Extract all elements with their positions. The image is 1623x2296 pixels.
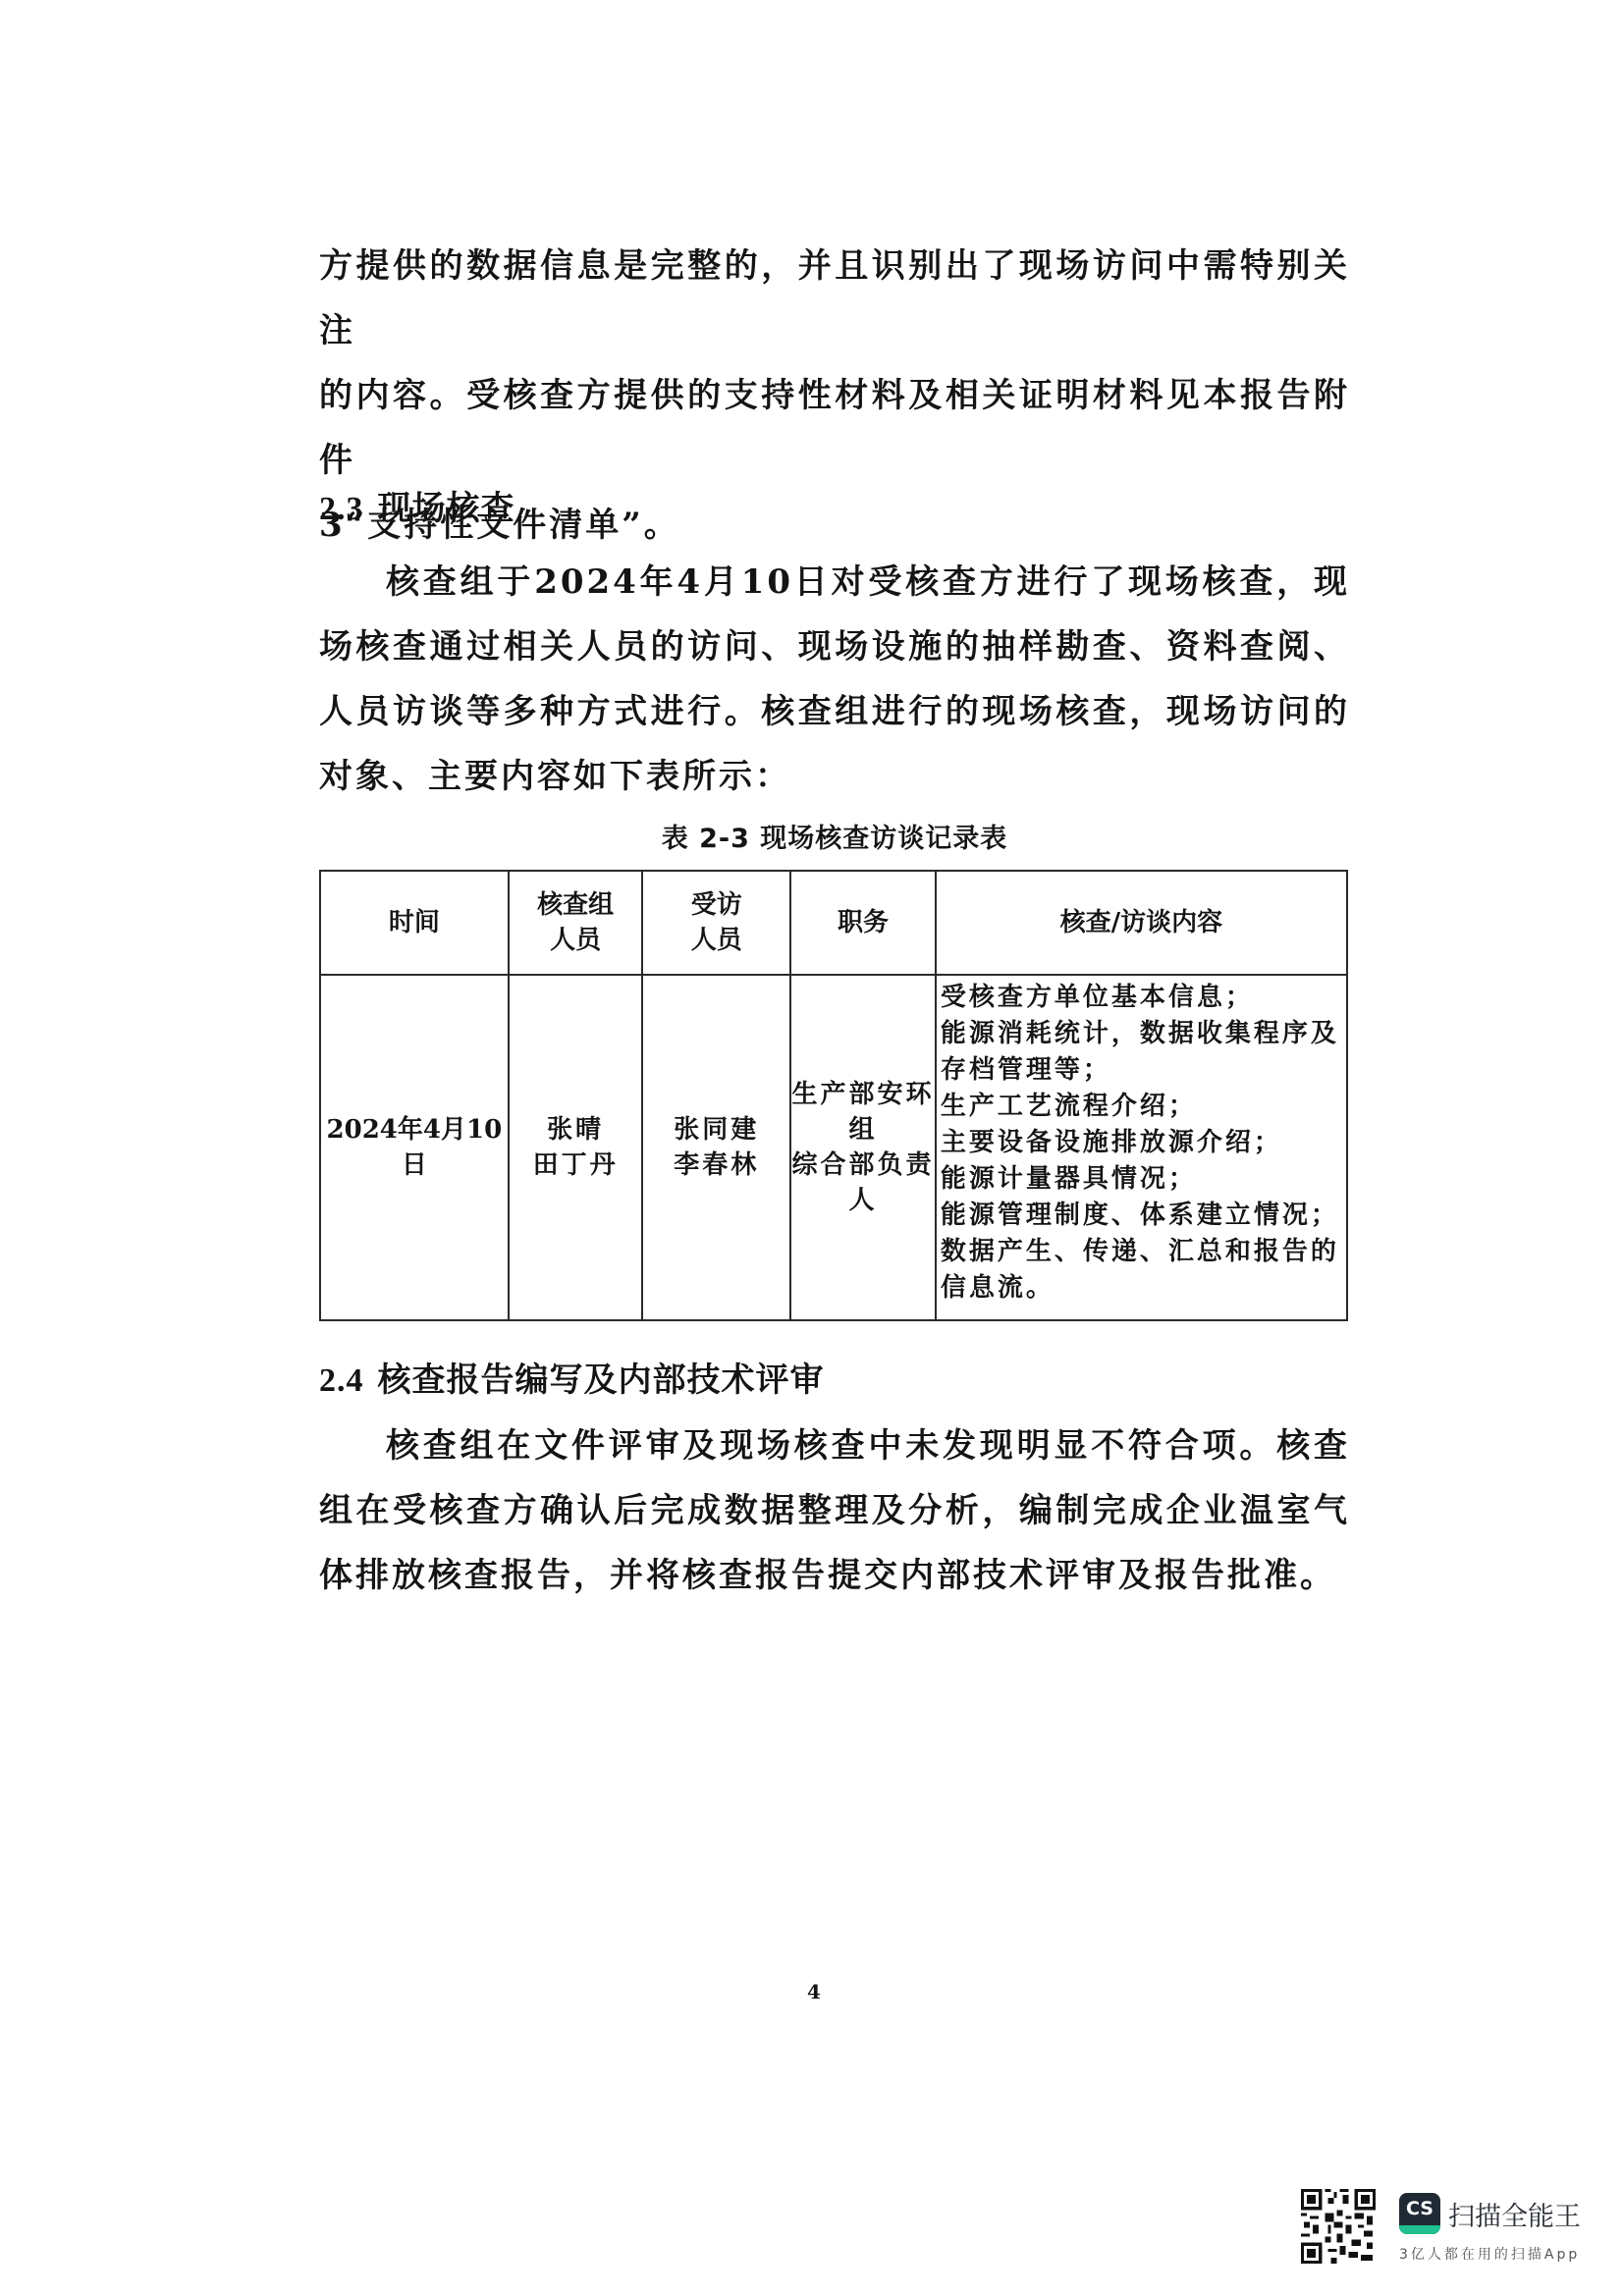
table-caption: 表 2-3 现场核查访谈记录表: [319, 817, 1350, 855]
content-item: 能源计量器具情况；: [941, 1161, 1342, 1198]
header-interviewees: 受访 人员: [642, 871, 790, 975]
content-item: 存档管理等；: [941, 1052, 1342, 1089]
cell-verifiers: 张晴 田丁丹: [509, 975, 643, 1320]
text-line: 方提供的数据信息是完整的，并且识别出了现场访问中需特别关注: [319, 234, 1350, 363]
content-item: 受核查方单位基本信息；: [941, 980, 1342, 1016]
cell-position: 生产部安环 组 综合部负责 人: [790, 975, 936, 1320]
qr-code-icon: [1301, 2189, 1376, 2264]
header-position: 职务: [790, 871, 936, 975]
camscanner-logo-icon: CS: [1399, 2193, 1440, 2234]
table-header-row: 时间 核查组 人员 受访 人员 职务 核查/访谈内容: [320, 871, 1347, 975]
section-title: 现场核查: [378, 489, 515, 528]
section-heading-2-3: 2.3现场核查: [319, 481, 515, 529]
content-item: 能源消耗统计，数据收集程序及: [941, 1016, 1342, 1052]
text-line: 的内容。受核查方提供的支持性材料及相关证明材料见本报告附件: [319, 363, 1350, 493]
section-2-3-paragraph: 核查组于2024年4月10日对受核查方进行了现场核查，现场核查通过相关人员的访问…: [319, 550, 1350, 809]
interview-record-table: 时间 核查组 人员 受访 人员 职务 核查/访谈内容 2024年4月10 日: [319, 870, 1348, 1321]
section-number: 2.4: [319, 1362, 364, 1399]
content-item: 信息流。: [941, 1270, 1342, 1307]
app-slogan: 3亿人都在用的扫描App: [1399, 2244, 1580, 2264]
header-content: 核查/访谈内容: [936, 871, 1347, 975]
section-2-4-paragraph: 核查组在文件评审及现场核查中未发现明显不符合项。核查组在受核查方确认后完成数据整…: [319, 1414, 1350, 1608]
content-item: 数据产生、传递、汇总和报告的: [941, 1234, 1342, 1270]
section-heading-2-4: 2.4核查报告编写及内部技术评审: [319, 1353, 825, 1401]
cell-interviewees: 张同建 李春林: [642, 975, 790, 1320]
table-row: 2024年4月10 日 张晴 田丁丹 张同建 李春林 生产部安环 组 综合部负责…: [320, 975, 1347, 1320]
content-item: 主要设备设施排放源介绍；: [941, 1125, 1342, 1161]
section-number: 2.3: [319, 491, 364, 527]
header-time: 时间: [320, 871, 509, 975]
scanner-watermark: CS 扫描全能王 3亿人都在用的扫描App: [1301, 2189, 1615, 2277]
page-number: 4: [807, 1980, 821, 2003]
cell-time: 2024年4月10 日: [320, 975, 509, 1320]
section-title: 核查报告编写及内部技术评审: [378, 1361, 825, 1400]
cell-content: 受核查方单位基本信息； 能源消耗统计，数据收集程序及 存档管理等； 生产工艺流程…: [936, 975, 1347, 1320]
content-item: 能源管理制度、体系建立情况；: [941, 1198, 1342, 1234]
header-verifiers: 核查组 人员: [509, 871, 643, 975]
content-item: 生产工艺流程介绍；: [941, 1089, 1342, 1125]
app-name: 扫描全能王: [1448, 2195, 1581, 2233]
